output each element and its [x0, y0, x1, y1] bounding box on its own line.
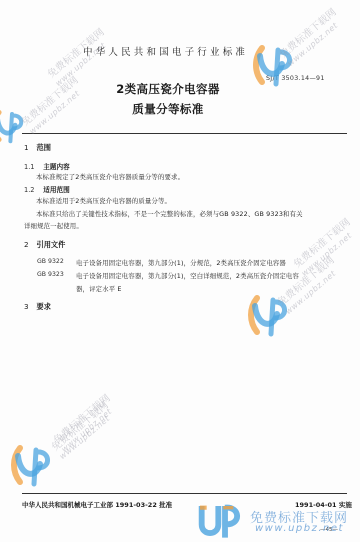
- subsection-title: 适用范围: [43, 186, 69, 194]
- footer-divider: [22, 493, 347, 494]
- reference-title: 电子设备用固定电容器，第九部分(1)，分规范，2类高压瓷介固定电容器: [76, 258, 286, 267]
- watermark-text: 免费标准下载网 www.upbz.net: [278, 7, 346, 69]
- paragraph-continuation: 详细规范一起使用。: [24, 221, 83, 230]
- section-title: 范围: [37, 143, 51, 152]
- section-title: 要求: [37, 302, 51, 311]
- document-page: 中华人民共和国电子行业标准 SJ/T 3503.14—91 2类高压瓷介电容器 …: [0, 0, 360, 542]
- subsection-title: 主题内容: [43, 163, 69, 171]
- section-title: 引用文件: [37, 240, 66, 249]
- section-number: 3: [24, 302, 34, 311]
- section-3-heading: 3 要求: [24, 302, 51, 312]
- paragraph: 本标准规定了2类高压瓷介电容器质量分等的要求。: [36, 172, 184, 181]
- reference-code: GB 9322: [37, 258, 64, 265]
- reference-code: GB 9323: [37, 271, 64, 278]
- section-1-heading: 1 范围: [24, 143, 51, 153]
- section-2-heading: 2 引用文件: [24, 240, 65, 250]
- subsection-number: 1.2: [24, 186, 41, 194]
- up-logo-icon: [195, 501, 245, 541]
- section-number: 2: [24, 240, 34, 249]
- subsection-1-1-heading: 1.1 主题内容: [24, 161, 70, 171]
- reference-title-continuation: 器，评定水平 E: [76, 284, 122, 293]
- up-logo-icon: [6, 440, 56, 490]
- reference-title: 电子设备用固定电容器，第九部分(1)，空白详细规范，2类高压瓷介固定电容: [76, 271, 299, 280]
- paragraph: 本标准只给出了关键性技术指标，不是一个完整的标准，必须与GB 9322、GB 9…: [36, 209, 303, 218]
- subsection-1-2-heading: 1.2 适用范围: [24, 184, 70, 194]
- header-divider: [22, 133, 347, 134]
- watermark-url: www.upbz.net: [255, 523, 344, 534]
- up-logo-icon: [0, 106, 28, 146]
- paragraph: 本标准适用于2类高压瓷介电容器的质量分等。: [36, 196, 171, 205]
- subsection-number: 1.1: [24, 163, 41, 171]
- approval-line: 中华人民共和国机械电子工业部 1991-03-22 批准: [22, 500, 172, 509]
